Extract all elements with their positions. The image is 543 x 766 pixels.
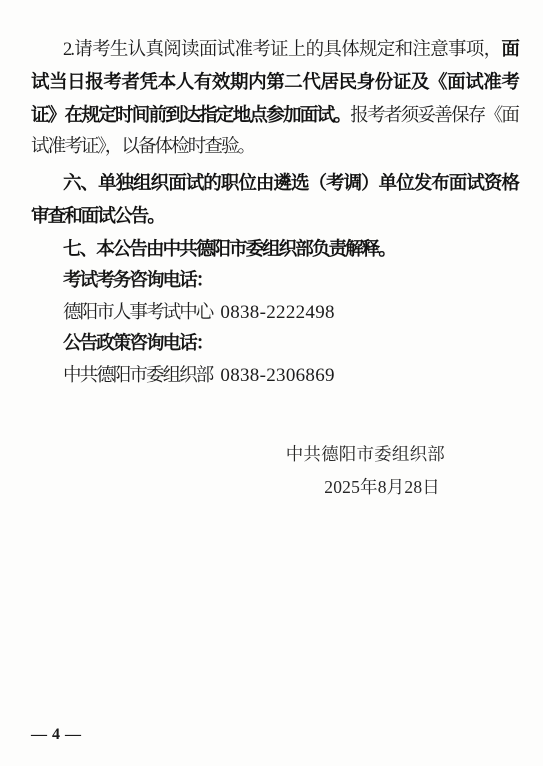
paragraph2-regular-start: 2.请考生认真阅读面试准考证上的具体规定和注意事项， [63,40,501,60]
policy-contact-value-line: 中共德阳市委组织部0838-2306869 [31,360,518,392]
paragraph2-line3: 证》在规定时间前到达指定地点参加面试。报考者须妥善保存《面 [31,99,518,132]
signature-organization: 中共德阳市委组织部 [286,441,445,466]
policy-contact-org: 中共德阳市委组织部 [63,366,212,386]
notice-body: 2.请考生认真阅读面试准考证上的具体规定和注意事项，面 试当日报考者凭本人有效期… [31,33,518,392]
exam-contact-phone: 0838-2222498 [212,302,334,323]
paragraph2-line2: 试当日报考者凭本人有效期内第二代居民身份证及《面试准考 [31,66,518,99]
paragraph2-line4: 试准考证》，以备体检时查验。 [31,132,518,163]
exam-contact-label-line: 考试考务咨询电话： [31,266,518,297]
section6-heading-text-cont: 审查和面试公告。 [31,205,164,226]
paragraph2-bold-middle: 试当日报考者凭本人有效期内第二代居民身份证及《面试准考 [31,71,518,92]
paragraph2-bold-end: 证》在规定时间前到达指定地点参加面试。 [31,104,350,125]
policy-contact-phone: 0838-2306869 [212,365,334,386]
section6-line2: 审查和面试公告。 [31,200,518,233]
document-page: 2.请考生认真阅读面试准考证上的具体规定和注意事项，面 试当日报考者凭本人有效期… [0,0,543,766]
section7-line: 七、本公告由中共德阳市委组织部负责解释。 [31,233,518,266]
paragraph2-regular-end: 试准考证》，以备体检时查验。 [31,137,254,157]
signature-date: 2025年8月28日 [324,474,440,499]
section6-line1: 六、单独组织面试的职位由遴选（考调）单位发布面试资格 [31,167,518,200]
paragraph2-bold-start: 面 [501,38,518,59]
section6-heading-text: 六、单独组织面试的职位由遴选（考调）单位发布面试资格 [63,172,518,193]
exam-contact-label: 考试考务咨询电话： [63,271,212,291]
policy-contact-label-line: 公告政策咨询电话： [31,329,518,360]
paragraph2-regular-middle: 报考者须妥善保存《面 [350,106,518,126]
exam-contact-value-line: 德阳市人事考试中心0838-2222498 [31,297,518,329]
policy-contact-label: 公告政策咨询电话： [63,334,212,354]
paragraph2-line1: 2.请考生认真阅读面试准考证上的具体规定和注意事项，面 [31,33,518,66]
section7-heading-text: 七、本公告由中共德阳市委组织部负责解释。 [63,238,395,259]
exam-contact-org: 德阳市人事考试中心 [63,303,212,323]
page-number: — 4 — [31,726,82,744]
